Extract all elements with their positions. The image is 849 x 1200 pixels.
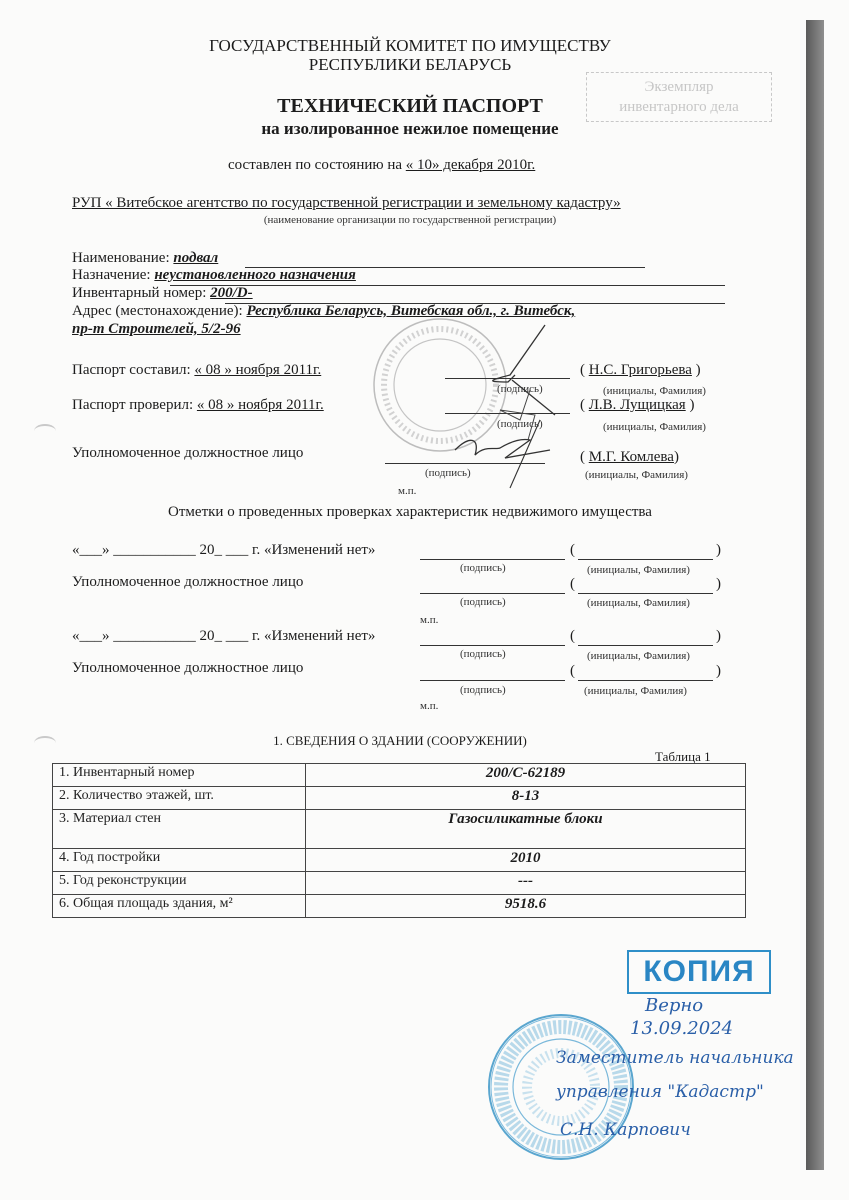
field-address: Адрес (местонахождение): Республика Бела… <box>72 303 575 320</box>
row-value: 2010 <box>306 849 746 872</box>
check-1-initials-line <box>578 559 713 560</box>
handwritten-date: 13.09.2024 <box>630 1018 733 1039</box>
row-label: 4. Год постройки <box>53 849 306 872</box>
check-2-official-signature-caption: (подпись) <box>460 684 506 696</box>
field-inventory: Инвентарный номер: 200/D- <box>72 285 253 302</box>
inventory-stamp-line-1: Экземпляр <box>587 77 771 97</box>
committee-line-1: ГОСУДАРСТВЕННЫЙ КОМИТЕТ ПО ИМУЩЕСТВУ <box>150 36 670 56</box>
building-section-title: 1. СВЕДЕНИЯ О ЗДАНИИ (СООРУЖЕНИИ) <box>100 733 700 749</box>
check-2-official-initials-line <box>578 680 713 681</box>
row-value: 9518.6 <box>306 895 746 918</box>
handwritten-position-line-2: управления "Кадастр" <box>556 1082 764 1102</box>
check-2-official-bracket: ( <box>570 663 575 680</box>
copy-stamp: КОПИЯ <box>627 950 771 994</box>
state-as-of: составлен по состоянию на « 10» декабря … <box>228 157 535 174</box>
check-1-initials-bracket: ( <box>570 542 575 559</box>
checked-date: « 08 » ноября 2011г. <box>197 397 324 413</box>
compiled-by: Паспорт составил: « 08 » ноября 2011г. <box>72 362 321 379</box>
handwritten-position-line-1: Заместитель начальника <box>556 1048 794 1068</box>
name-value: подвал <box>173 250 218 266</box>
purpose-value: неустановленного назначения <box>154 267 356 283</box>
check-1-initials-caption: (инициалы, Фамилия) <box>587 564 690 576</box>
check-2-initials-bracket: ( <box>570 628 575 645</box>
check-2-official-label: Уполномоченное должностное лицо <box>72 660 303 677</box>
handwritten-signer: С.Н. Карпович <box>560 1120 691 1140</box>
table-row: 3. Материал стенГазосиликатные блоки <box>53 810 746 849</box>
state-as-of-date: « 10» декабря 2010г. <box>406 157 536 173</box>
check-2-initials-bracket-close: ) <box>716 628 721 645</box>
check-1-official-bracket: ( <box>570 576 575 593</box>
check-2-seal-place: м.п. <box>420 700 438 712</box>
check-1-official-signature-caption: (подпись) <box>460 596 506 608</box>
table-row: 6. Общая площадь здания, м²9518.6 <box>53 895 746 918</box>
purpose-underline <box>170 285 725 286</box>
check-1-date: «___» ___________ 20_ ___ г. «Изменений … <box>72 542 375 559</box>
address-label: Адрес (местонахождение): <box>72 303 243 319</box>
field-purpose: Назначение: неустановленного назначения <box>72 267 356 284</box>
check-1-initials-bracket-close: ) <box>716 542 721 559</box>
official-name: ( М.Г. Комлева) <box>580 449 679 466</box>
row-label: 2. Количество этажей, шт. <box>53 787 306 810</box>
table-row: 1. Инвентарный номер200/C-62189 <box>53 764 746 787</box>
signature-scribbles <box>440 320 560 490</box>
check-2-date: «___» ___________ 20_ ___ г. «Изменений … <box>72 628 375 645</box>
document-subtitle: на изолированное нежилое помещение <box>150 119 670 139</box>
check-2-official-initials-caption: (инициалы, Фамилия) <box>584 685 687 697</box>
punch-hole-mark <box>34 424 56 438</box>
compiled-date: « 08 » ноября 2011г. <box>194 362 321 378</box>
checked-initials-caption: (инициалы, Фамилия) <box>603 421 706 433</box>
organization-caption: (наименование организации по государстве… <box>150 214 670 226</box>
purpose-label: Назначение: <box>72 267 151 283</box>
checked-by: Паспорт проверил: « 08 » ноября 2011г. <box>72 397 324 414</box>
address-value-line-2: пр-т Строителей, 5/2-96 <box>72 321 241 338</box>
check-1-signature-caption: (подпись) <box>460 562 506 574</box>
document-title: ТЕХНИЧЕСКИЙ ПАСПОРТ <box>150 95 670 118</box>
table-row: 5. Год реконструкции--- <box>53 872 746 895</box>
row-label: 5. Год реконструкции <box>53 872 306 895</box>
check-2-signature-caption: (подпись) <box>460 648 506 660</box>
field-name: Наименование: подвал <box>72 250 218 267</box>
row-label: 1. Инвентарный номер <box>53 764 306 787</box>
row-label: 6. Общая площадь здания, м² <box>53 895 306 918</box>
check-1-official-label: Уполномоченное должностное лицо <box>72 574 303 591</box>
organization-name: РУП « Витебское агентство по государстве… <box>72 195 621 212</box>
check-2-initials-line <box>578 645 713 646</box>
row-value: 200/C-62189 <box>306 764 746 787</box>
row-value: --- <box>306 872 746 895</box>
inventory-label: Инвентарный номер: <box>72 285 206 301</box>
official-label: Уполномоченное должностное лицо <box>72 445 303 462</box>
compiled-label: Паспорт составил: <box>72 362 191 378</box>
punch-hole-mark <box>34 736 56 750</box>
official-seal-place: м.п. <box>398 485 416 497</box>
official-name-text: М.Г. Комлева <box>589 449 674 465</box>
handwritten-verified: Верно <box>645 995 703 1016</box>
table-row: 4. Год постройки2010 <box>53 849 746 872</box>
checked-label: Паспорт проверил: <box>72 397 193 413</box>
checked-name: ( Л.В. Лущицкая ) <box>580 397 694 414</box>
state-as-of-prefix: составлен по состоянию на <box>228 157 402 173</box>
compiled-name: ( Н.С. Григорьева ) <box>580 362 701 379</box>
check-2-signature-line <box>420 645 565 646</box>
row-value: Газосиликатные блоки <box>306 810 746 849</box>
check-1-seal-place: м.п. <box>420 614 438 626</box>
building-info-table: 1. Инвентарный номер200/C-62189 2. Колич… <box>52 763 746 918</box>
row-value: 8-13 <box>306 787 746 810</box>
check-1-signature-line <box>420 559 565 560</box>
compiled-initials-caption: (инициалы, Фамилия) <box>603 385 706 397</box>
address-value-line-1: Республика Беларусь, Витебская обл., г. … <box>246 303 575 319</box>
check-2-official-bracket-close: ) <box>716 663 721 680</box>
check-2-initials-caption: (инициалы, Фамилия) <box>587 650 690 662</box>
row-label: 3. Материал стен <box>53 810 306 849</box>
check-1-official-signature-line <box>420 593 565 594</box>
compiled-name-text: Н.С. Григорьева <box>589 362 692 378</box>
table-row: 2. Количество этажей, шт.8-13 <box>53 787 746 810</box>
check-1-official-initials-line <box>578 593 713 594</box>
check-1-official-initials-caption: (инициалы, Фамилия) <box>587 597 690 609</box>
check-2-official-signature-line <box>420 680 565 681</box>
checks-title: Отметки о проведенных проверках характер… <box>70 504 750 521</box>
official-initials-caption: (инициалы, Фамилия) <box>585 469 688 481</box>
scan-edge-shadow <box>806 20 824 1170</box>
name-label: Наименование: <box>72 250 170 266</box>
inventory-value: 200/D- <box>210 285 253 301</box>
checked-name-text: Л.В. Лущицкая <box>589 397 686 413</box>
check-1-official-bracket-close: ) <box>716 576 721 593</box>
